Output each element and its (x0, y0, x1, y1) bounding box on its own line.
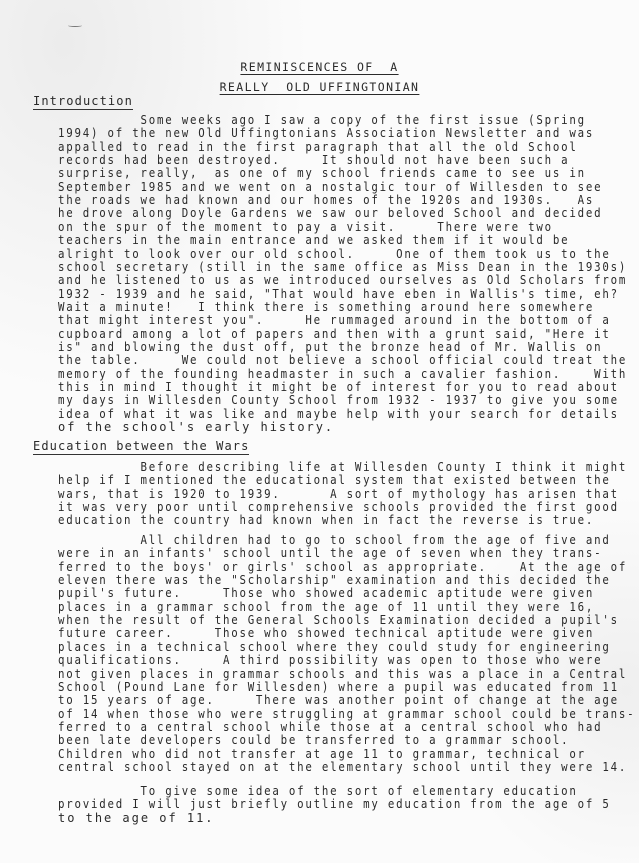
paragraph-line: places in a technical school where they … (58, 641, 611, 654)
paragraph-line: provided I will just briefly outline my … (58, 798, 611, 811)
paragraph-line: school secretary (still in the same offi… (58, 261, 627, 274)
paragraph-line: Some weeks ago I saw a copy of the first… (58, 114, 586, 127)
paragraph-line: Before describing life at Willesden Coun… (58, 461, 627, 474)
paragraph-line: this in mind I thought it might be of in… (58, 381, 619, 394)
paragraph-line: School (Pound Lane for Willesden) where … (58, 681, 619, 694)
paragraph-line: to the age of 11. (58, 812, 214, 825)
paragraph-line: to 15 years of age. There was another po… (58, 694, 619, 707)
paragraph-line: idea of what it was like and maybe help … (58, 408, 619, 421)
title-text-2: REALLY OLD UFFINGTONIAN (220, 80, 420, 94)
paragraph-line: wars, that is 1920 to 1939. A sort of my… (58, 488, 619, 501)
paragraph-line: not given places in grammar schools and … (58, 668, 627, 681)
paragraph-line: is" and blowing the dust off, put the br… (58, 341, 602, 354)
paragraph-line: Children who did not transfer at age 11 … (58, 748, 586, 761)
paragraph-line: 1994) of the new Old Uffingtonians Assoc… (58, 127, 594, 140)
paragraph-line: September 1985 and we went on a nostalgi… (58, 181, 602, 194)
paragraph-line: records had been destroyed. It should no… (58, 154, 569, 167)
paragraph-line: education the country had known when in … (58, 514, 594, 527)
title-text-1: REMINISCENCES OF A (240, 60, 398, 74)
paragraph-line: been late developers could be transferre… (58, 734, 569, 747)
pen-mark (68, 24, 82, 27)
paragraph-line: of the school's early history. (58, 421, 334, 434)
paragraph-line: To give some idea of the sort of element… (58, 785, 578, 798)
scanned-page: REMINISCENCES OF A REALLY OLD UFFINGTONI… (0, 0, 639, 863)
paragraph-line: central school stayed on at the elementa… (58, 761, 627, 774)
paragraph-line: places in a grammar school from the age … (58, 601, 594, 614)
paragraph-line: the table. We could not believe a school… (58, 354, 627, 367)
paragraph-line: alright to look over our old school. One… (58, 248, 611, 261)
paragraph-line: pupil's future. Those who showed academi… (58, 587, 594, 600)
paragraph-line: future career. Those who showed technica… (58, 627, 594, 640)
paragraph-line: he drove along Doyle Gardens we saw our … (58, 207, 602, 220)
paragraph-line: appalled to read in the first paragraph … (58, 141, 578, 154)
paragraph-line: Wait a minute! I think there is somethin… (58, 301, 594, 314)
section-heading: Education between the Wars (33, 440, 249, 455)
paragraph-line: All children had to go to school from th… (58, 534, 611, 547)
paragraph-line: surprise, really, as one of my school fr… (58, 167, 586, 180)
paragraph-line: 1932 - 1939 and he said, "That would hav… (58, 288, 619, 301)
title-line-1: REMINISCENCES OF A (0, 61, 639, 74)
paragraph-line: the roads we had known and our homes of … (58, 194, 594, 207)
paragraph-line: that might interest you". He rummaged ar… (58, 314, 611, 327)
paragraph-line: teachers in the main entrance and we ask… (58, 234, 569, 247)
paragraph-line: eleven there was the "Scholarship" exami… (58, 574, 611, 587)
paragraph-line: my days in Willesden County School from … (58, 394, 619, 407)
paragraph-line: memory of the founding headmaster in suc… (58, 368, 627, 381)
paragraph-line: qualifications. A third possibility was … (58, 654, 602, 667)
paragraph-line: help if I mentioned the educational syst… (58, 474, 611, 487)
paragraph-line: and he listened to us as we introduced o… (58, 274, 627, 287)
paragraph-line: on the spur of the moment to pay a visit… (58, 221, 553, 234)
paragraph-line: ferred to the boys' or girls' school as … (58, 561, 627, 574)
paragraph-line: of 14 when those who were struggling at … (58, 708, 635, 721)
paragraph-line: when the result of the General Schools E… (58, 614, 619, 627)
paragraph-line: ferred to a central school while those a… (58, 721, 602, 734)
section-heading: Introduction (33, 95, 133, 110)
title-line-2: REALLY OLD UFFINGTONIAN (0, 81, 639, 94)
paragraph-line: cupboard among a lot of papers and then … (58, 328, 611, 341)
paragraph-line: it was very poor until comprehensive sch… (58, 501, 619, 514)
paragraph-line: were in an infants' school until the age… (58, 547, 602, 560)
